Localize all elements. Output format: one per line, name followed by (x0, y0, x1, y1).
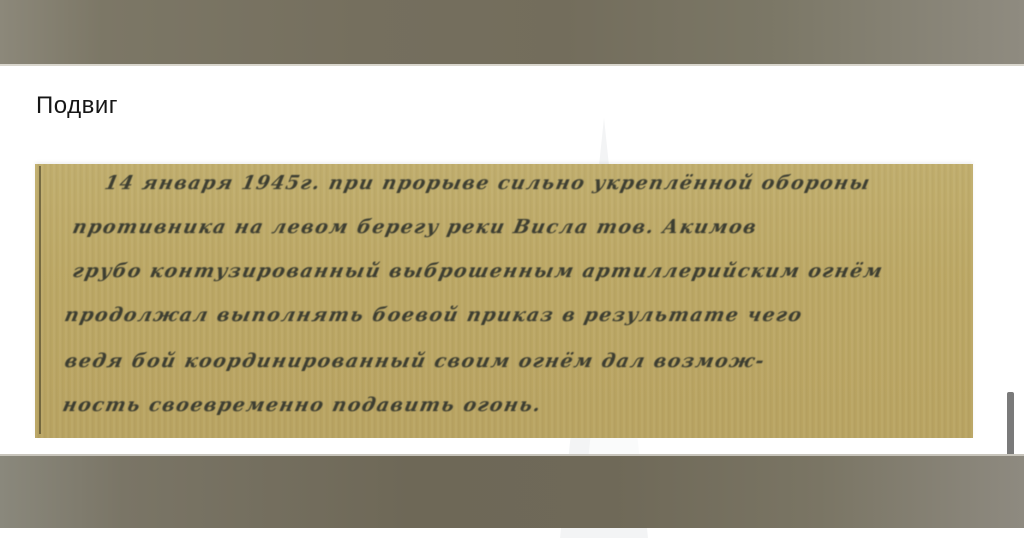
document-text-line: ность своевременно подавить огонь. (61, 394, 544, 416)
document-text-line: ведя бой координированный своим огнём да… (63, 350, 768, 372)
top-bar (0, 0, 1024, 65)
document-text-line: противника на левом берегу реки Висла то… (71, 216, 760, 238)
document-scan-image: 14 января 1945г. при прорыве сильно укре… (35, 164, 973, 438)
document-text-line: грубо контузированный выброшенным артилл… (71, 260, 886, 282)
document-text-line: 14 января 1945г. при прорыве сильно укре… (103, 172, 873, 194)
bottom-bar (0, 456, 1024, 528)
section-title: Подвиг (36, 92, 118, 120)
document-margin-line (39, 166, 41, 434)
scrollbar-thumb[interactable] (1007, 392, 1014, 456)
document-text-line: продолжал выполнять боевой приказ в резу… (63, 304, 805, 326)
